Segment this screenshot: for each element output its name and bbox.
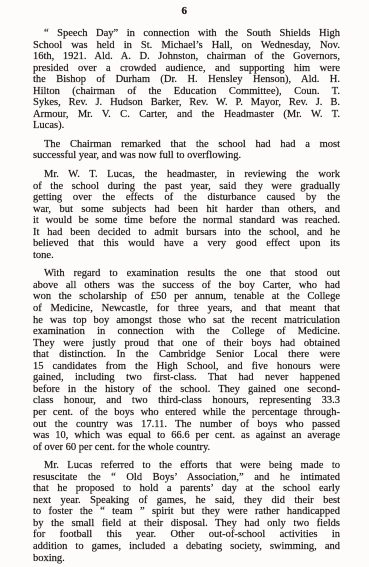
text-line: presided over a crowded audience, and su… — [33, 63, 340, 75]
text-line: successful year, and was now full to ove… — [33, 150, 340, 162]
text-line: They were justly proud that one of their… — [33, 338, 340, 350]
text-line: by the small field at their disposal. Th… — [33, 518, 340, 530]
text-line: Hilton (chairman of the Education Commit… — [33, 86, 340, 98]
text-line: getting over the effects of the disturba… — [33, 192, 340, 204]
paragraph: Mr. W. T. Lucas, the headmaster, in revi… — [33, 169, 340, 261]
text-line: of Medicine, Newcastle, for three years,… — [33, 303, 340, 315]
text-line: boxing. — [33, 553, 340, 565]
text-line: it would be some time before the normal … — [33, 215, 340, 227]
text-line: examination in connection with the Colle… — [33, 326, 340, 338]
text-line: he was top boy amongst those who sat the… — [33, 315, 340, 327]
page-body: “ Speech Day” in connection with the Sou… — [33, 28, 340, 564]
text-line: was 10, which was equal to 66.6 per cent… — [33, 430, 340, 442]
text-line: the Bishop of Durham (Dr. H. Hensley Hen… — [33, 74, 340, 86]
text-line: before in the history of the school. The… — [33, 384, 340, 396]
text-line: above all others was the success of the … — [33, 280, 340, 292]
text-line: next year. Speaking of games, he said, t… — [33, 495, 340, 507]
text-line: Armour, Mr. V. C. Carter, and the Headma… — [33, 109, 340, 121]
text-line: war, but some subjects had been hit hard… — [33, 204, 340, 216]
text-line: believed that this would have a very goo… — [33, 238, 340, 250]
text-line: School was held in St. Michael’s Hall, o… — [33, 40, 340, 52]
text-line: for football this year. Other out-of-sch… — [33, 529, 340, 541]
text-line: tone. — [33, 250, 340, 262]
text-line: that he proposed to hold a parents’ day … — [33, 483, 340, 495]
text-line: gained, including two first-class. That … — [33, 372, 340, 384]
text-line: addition to games, included a debating s… — [33, 541, 340, 553]
text-line: to foster the “ team ” spirit but they w… — [33, 506, 340, 518]
paragraph: Mr. Lucas referred to the efforts that w… — [33, 460, 340, 564]
paragraph: “ Speech Day” in connection with the Sou… — [33, 28, 340, 132]
document-page: 6 “ Speech Day” in connection with the S… — [0, 0, 369, 567]
text-line: Mr. W. T. Lucas, the headmaster, in revi… — [33, 169, 340, 181]
text-line: of the school during the past year, said… — [33, 181, 340, 193]
text-line: It had been decided to admit bursars int… — [33, 227, 340, 239]
page-number: 6 — [29, 5, 340, 17]
text-line: 15 candidates from the High School, and … — [33, 361, 340, 373]
text-line: The Chairman remarked that the school ha… — [33, 139, 340, 151]
text-line: out the country was 17.11. The number of… — [33, 419, 340, 431]
text-line: 16th, 1921. Ald. A. D. Johnston, chairma… — [33, 51, 340, 63]
text-line: resuscitate the “ Old Boys’ Association,… — [33, 472, 340, 484]
text-line: “ Speech Day” in connection with the Sou… — [33, 28, 340, 40]
text-line: won the scholarship of £50 per annum, te… — [33, 291, 340, 303]
text-line: of over 60 per cent. for the whole count… — [33, 442, 340, 454]
text-line: per cent. of the boys who entered while … — [33, 407, 340, 419]
paragraph: With regard to examination results the o… — [33, 268, 340, 453]
text-line: With regard to examination results the o… — [33, 268, 340, 280]
text-line: Lucas). — [33, 120, 340, 132]
text-line: Sykes, Rev. J. Hudson Barker, Rev. W. P.… — [33, 97, 340, 109]
text-line: class honour, and two third-class honour… — [33, 395, 340, 407]
text-line: Mr. Lucas referred to the efforts that w… — [33, 460, 340, 472]
paragraph: The Chairman remarked that the school ha… — [33, 139, 340, 162]
text-line: that distinction. In the Cambridge Senio… — [33, 349, 340, 361]
